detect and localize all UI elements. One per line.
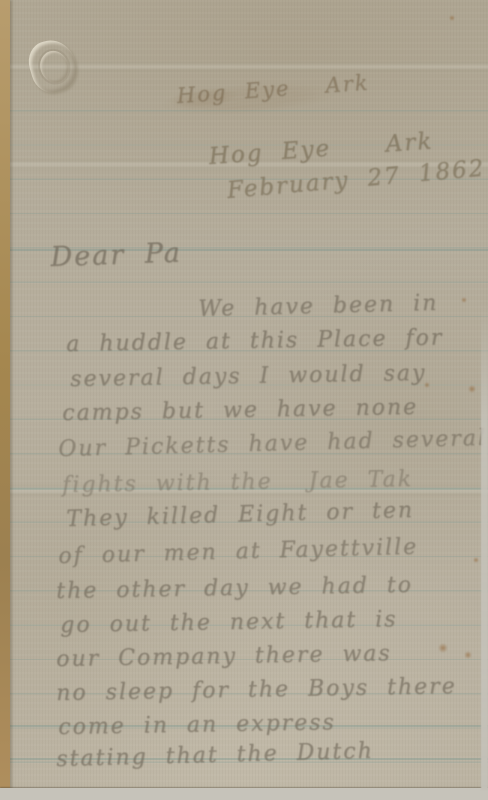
body-line: a huddle at this Place for: [66, 325, 444, 357]
foxing-spot: [473, 557, 479, 563]
body-line: We have been in: [198, 291, 439, 322]
body-line: no sleep for the Boys there: [56, 674, 457, 706]
scan-background-right: [481, 300, 488, 790]
foxing-spot: [464, 651, 472, 659]
body-line: go out the next that is: [60, 607, 398, 638]
body-line: the other day we had to: [56, 573, 413, 604]
foxing-spot: [461, 297, 467, 303]
body-line: camps but we have none: [62, 395, 418, 426]
body-line: come in an express: [58, 710, 336, 740]
letter-scan-page: Hog Eye ArkHog Eye ArkFebruary 27 1862De…: [0, 0, 488, 800]
body-line: of our men at Fayettville: [58, 535, 418, 569]
foxing-spot: [468, 385, 476, 393]
body-line: several days I would say: [70, 361, 427, 392]
body-line: our Company there was: [56, 641, 392, 672]
body-line: Our Picketts have had several: [58, 426, 487, 462]
foxing-spot: [424, 382, 430, 388]
embossed-seal-inner-ring: [34, 45, 75, 88]
scan-background-bottom: [0, 788, 488, 800]
foxing-spot: [438, 643, 448, 653]
body-line: They killed Eight or ten: [66, 498, 414, 532]
embossed-stationer-seal: [24, 35, 83, 98]
body-line: stating that the Dutch: [56, 739, 374, 772]
paper-left-deckle-edge: [0, 0, 10, 800]
salutation-line: Dear Pa: [50, 237, 182, 273]
foxing-spot: [449, 15, 455, 21]
